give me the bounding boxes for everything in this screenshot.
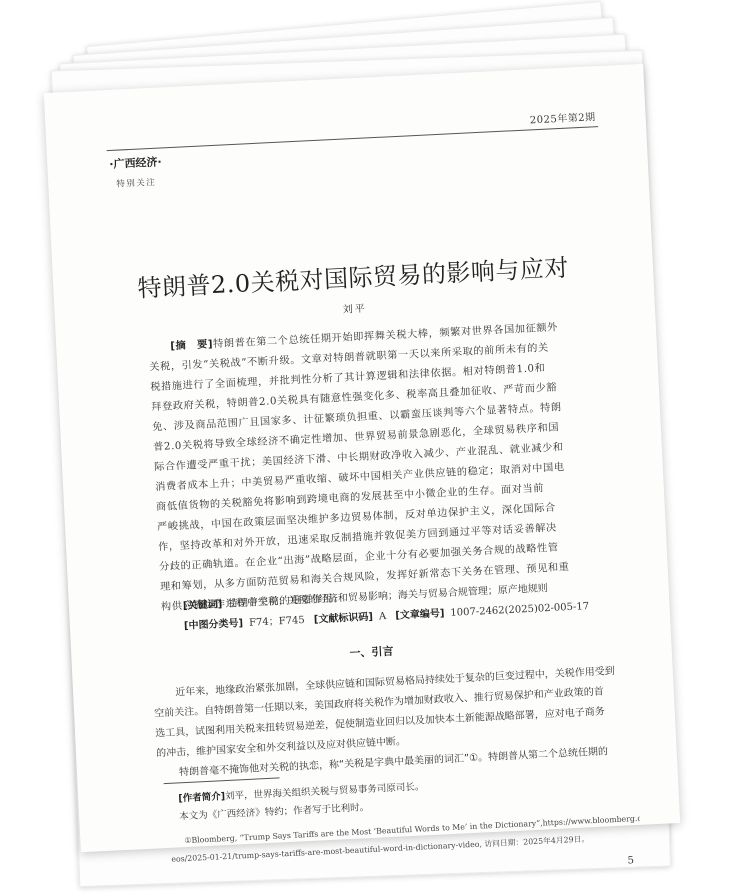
- clc-label: [中图分类号]: [184, 618, 244, 632]
- article-no-label: [文章编号]: [395, 608, 445, 621]
- doc-code-label: [文献标识码]: [314, 612, 374, 626]
- paper-stack: 2025年第2期 ·广西经济· 特别关注 特朗普2.0关税对国际贸易的影响与应对…: [0, 0, 730, 896]
- abstract-label: [摘 要]: [170, 339, 213, 352]
- clc-value: F74；F745: [249, 615, 305, 629]
- abstract: [摘 要]特朗普在第二个总统任期开始即挥舞关税大棒，频繁对世界各国加征额外 关税…: [148, 317, 606, 618]
- column-label: 特别关注: [116, 176, 157, 190]
- journal-name: ·广西经济·: [109, 153, 162, 172]
- author-note: [作者简介]刘平，世界海关组织关税与贸易事务司原司长。 本文为《广西经济》特约；…: [178, 778, 426, 826]
- issue-label: 2025年第2期: [529, 108, 595, 126]
- page-number: 5: [627, 855, 634, 866]
- body-text: 近年来，地缘政治紧张加剧，全球供应链和国际贸易格局持续处于复杂的巨变过程中，关税…: [153, 662, 627, 785]
- article-no-value: 1007-2462(2025)02-005-17: [450, 601, 589, 619]
- author-note-label: [作者简介]: [178, 791, 225, 804]
- front-page: 2025年第2期 ·广西经济· 特别关注 特朗普2.0关税对国际贸易的影响与应对…: [44, 64, 680, 852]
- doc-code-value: A: [379, 611, 387, 622]
- keywords-label: [关键词]: [183, 599, 223, 612]
- header-rule: [107, 126, 598, 151]
